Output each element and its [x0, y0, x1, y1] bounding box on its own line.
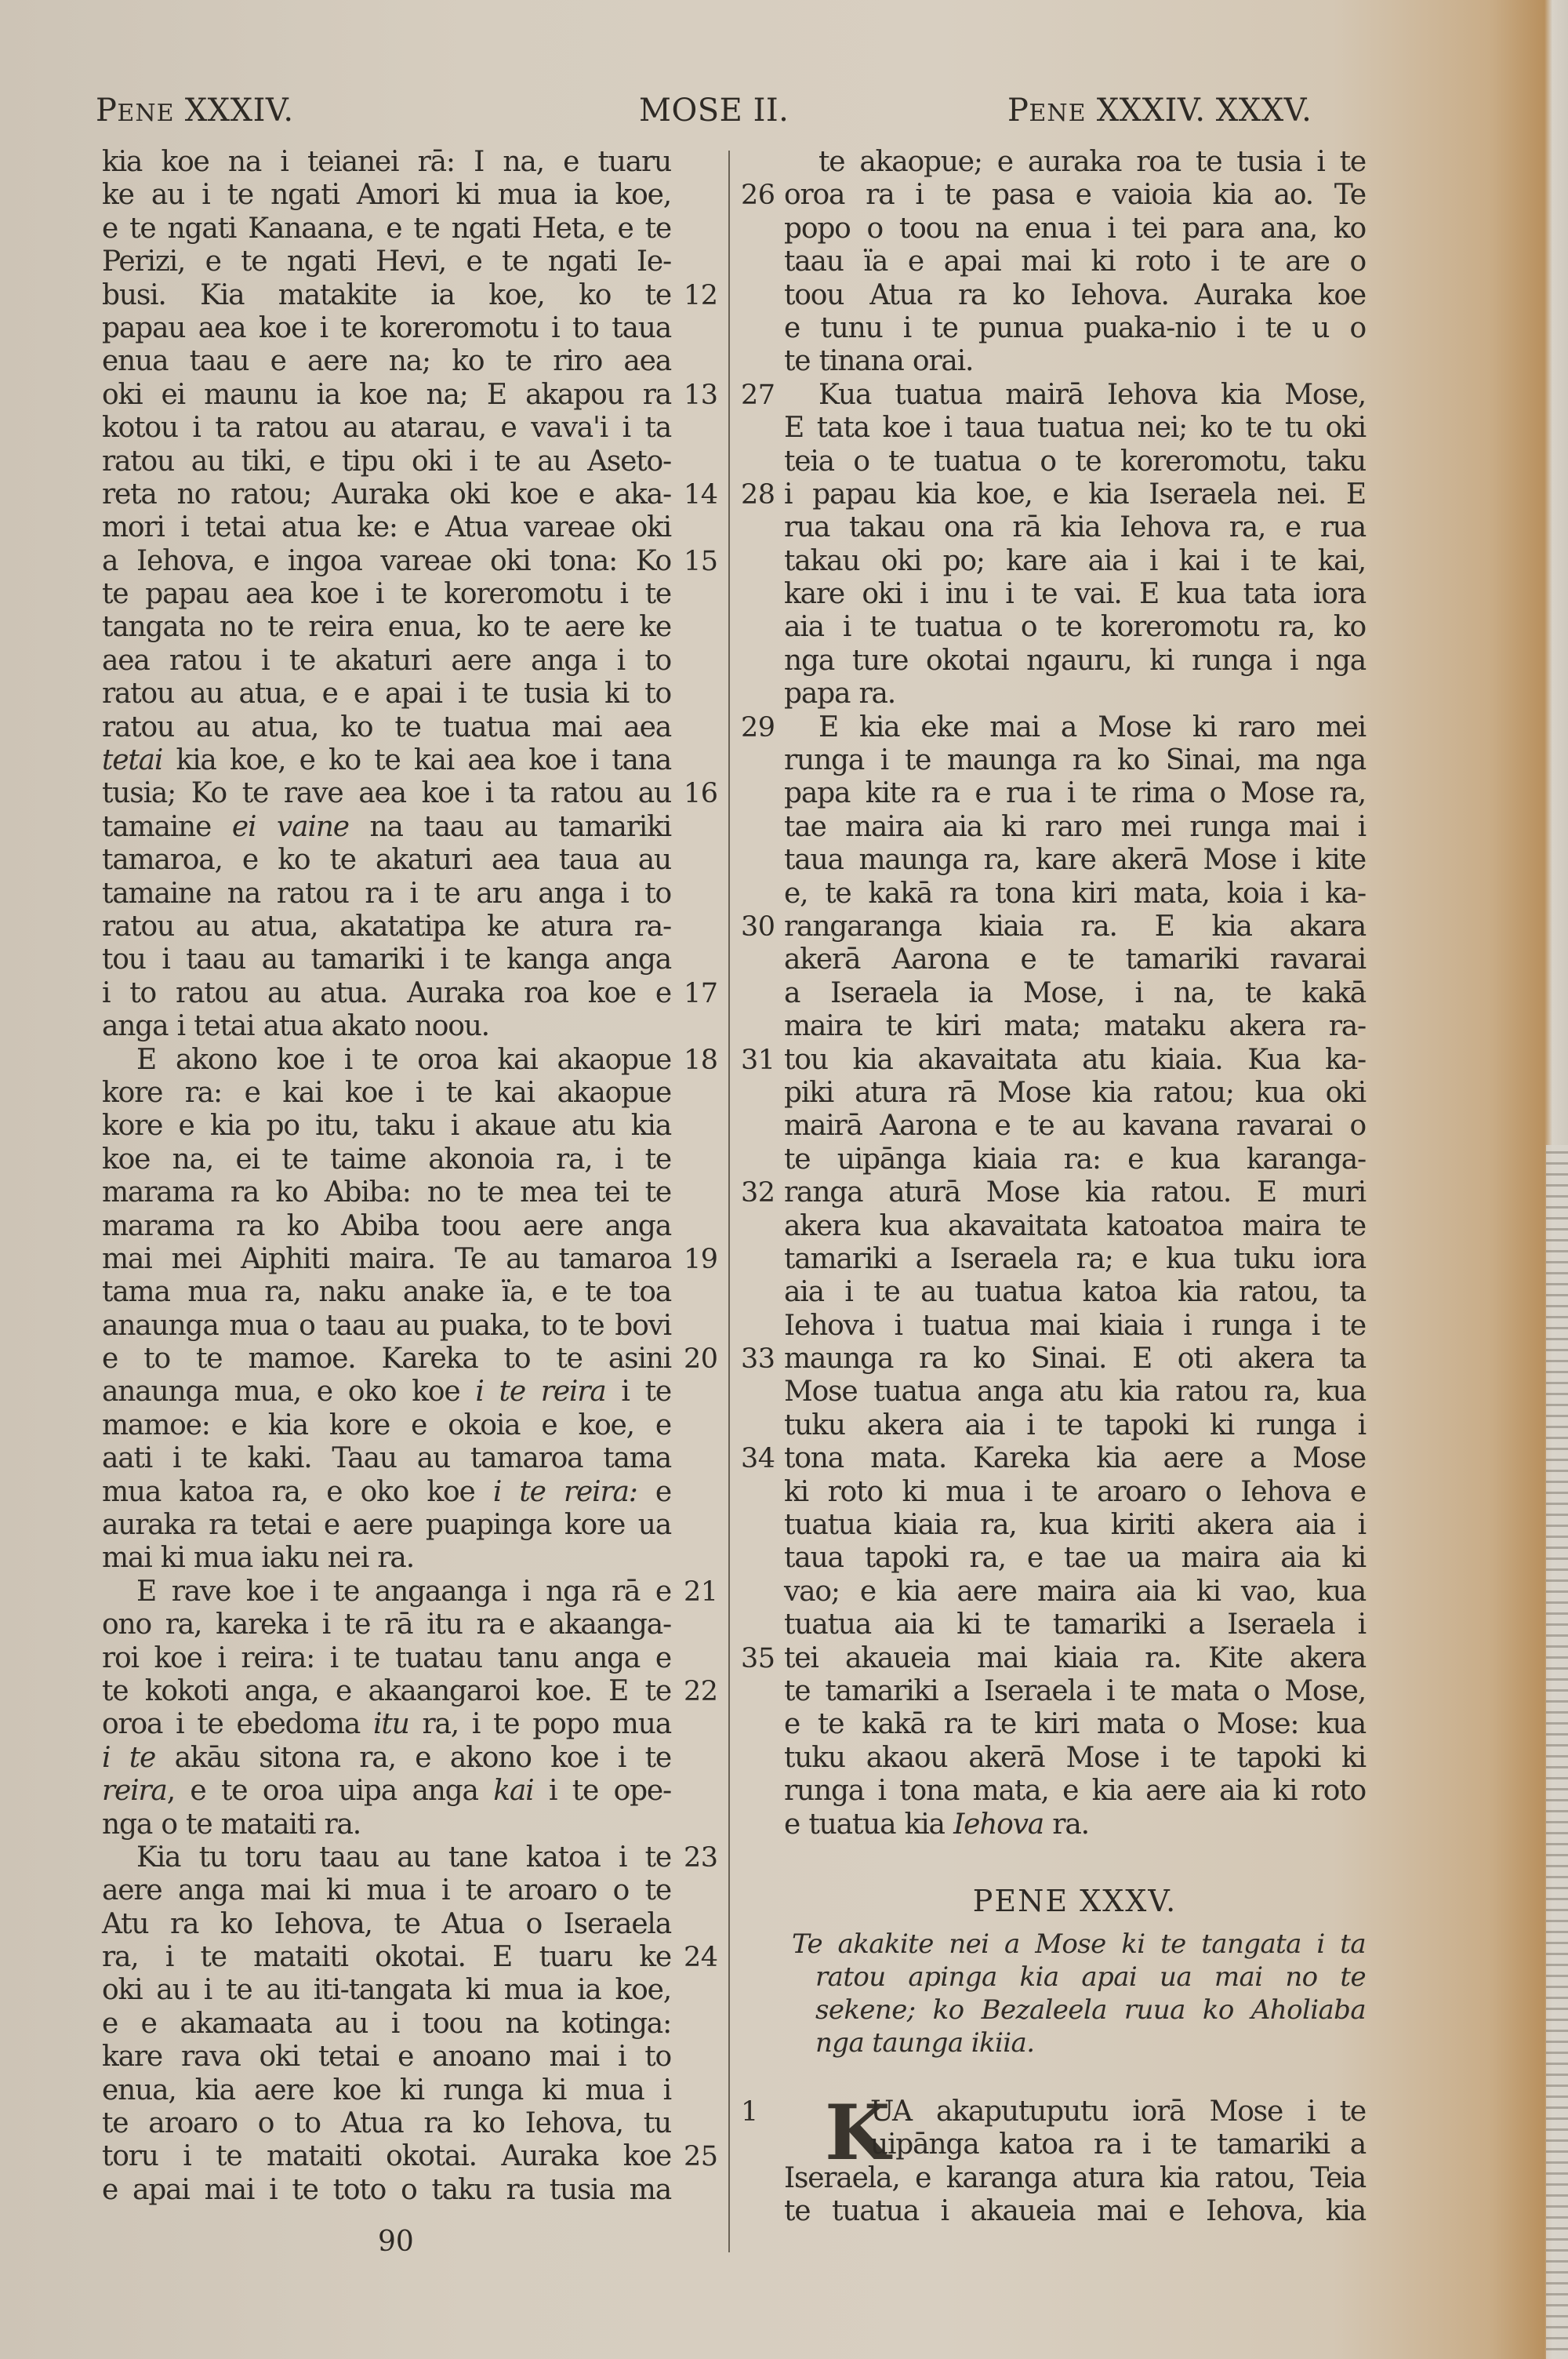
verse-line-text: aati i te kaki. Taau au tamaroa tama: [102, 1442, 671, 1475]
verse-line: tamaine ei vaine na taau au tamariki: [102, 811, 671, 844]
verse-line: oki ei maunu ia koe na; E akapou ra13: [102, 379, 671, 412]
verse-line: reta no ratou; Auraka oki koe e aka-14: [102, 478, 671, 511]
verse-line: ra, i te mataiti okotai. E tuaru ke24: [102, 1941, 671, 1974]
verse-line: popo o toou na enua i tei para ana, ko: [784, 213, 1366, 245]
running-head-right: PENE XXXIV. XXXV.: [1007, 93, 1312, 129]
verse-line: mai mei Aiphiti maira. Te au tamaroa19: [102, 1243, 671, 1276]
verse-line-text: kore ra: e kai koe i te kai akaopue: [102, 1077, 671, 1110]
verse-line: enua, kia aere koe ki runga ki mua i: [102, 2074, 671, 2107]
italic-emphasis: itu: [373, 1708, 409, 1740]
verse-line-text: mua katoa ra, e oko koe i te reira: e: [102, 1476, 671, 1509]
verse-line: toru i te mataiti okotai. Auraka koe25: [102, 2140, 671, 2173]
verse-line-text: reta no ratou; Auraka oki koe e aka-: [102, 478, 671, 511]
verse-line: tangata no te reira enua, ko te aere ke: [102, 611, 671, 644]
running-head-right-smallcaps: ENE: [1029, 100, 1086, 127]
italic-emphasis: ei vaine: [232, 811, 349, 843]
verse-line-text: akerā Aarona e te tamariki ravarai: [784, 943, 1366, 976]
verse-line-text: maunga ra ko Sinai. E oti akera ta: [784, 1343, 1366, 1376]
running-head-left-initial: P: [96, 93, 117, 129]
verse-line: tamariki a Iseraela ra; e kua tuku iora: [784, 1243, 1366, 1276]
verse-line-text: tuatua kiaia ra, kua kiriti akera aia i: [784, 1509, 1366, 1542]
verse-line: papa kite ra e rua i te rima o Mose ra,: [784, 777, 1366, 810]
verse-line-text: kotou i ta ratou au atarau, e vava'i i t…: [102, 412, 671, 445]
chapter-first-verse: 1 K UA akaputuputu iorā Mose i te uipāng…: [784, 2095, 1366, 2229]
verse-line-text: papa ra.: [784, 678, 1366, 711]
verse-line: tuku akaou akerā Mose i te tapoki ki: [784, 1742, 1366, 1775]
verse-line: te uipānga kiaia ra: e kua karanga-: [784, 1143, 1366, 1176]
verse-line-text: tou i taau au tamariki i te kanga anga: [102, 943, 671, 976]
verse-line-text: tona mata. Kareka kia aere a Mose: [784, 1442, 1366, 1475]
verse-line: rangaranga kiaia ra. E kia akara30: [784, 911, 1366, 943]
verse-line-text: mai ki mua iaku nei ra.: [102, 1542, 671, 1575]
verse-line-text: e e akamaata au i toou na kotinga:: [102, 2008, 671, 2041]
verse-line: a Iseraela ia Mose, i na, te kakā: [784, 977, 1366, 1010]
verse-line: oki au i te au iti-tangata ki mua ia koe…: [102, 1974, 671, 2007]
verse-line-text: takau oki po; kare aia i kai i te kai,: [784, 545, 1366, 578]
running-head-left: PENE XXXIV.: [96, 93, 294, 129]
verse-number: 1: [741, 2095, 758, 2128]
running-head-left-chapter: XXXIV.: [174, 93, 293, 129]
verse-line: e tuatua kia Iehova ra.: [784, 1808, 1366, 1841]
italic-emphasis: kai: [493, 1775, 533, 1807]
verse-line: anga i tetai atua akato noou.: [102, 1010, 671, 1043]
verse-line-text: ratou au atua, e e apai i te tusia ki to: [102, 678, 671, 711]
verse-line-text: ratou au atua, ko te tuatua mai aea: [102, 711, 671, 744]
verse-line-text: a Iseraela ia Mose, i na, te kakā: [784, 977, 1366, 1010]
verse-line: ranga aturā Mose kia ratou. E muri32: [784, 1176, 1366, 1209]
verse-line: a Iehova, e ingoa vareae oki tona: Ko15: [102, 545, 671, 578]
verse-line: E kia eke mai a Mose ki raro mei29: [784, 711, 1366, 744]
verse-line: tuatua aia ki te tamariki a Iseraela i: [784, 1608, 1366, 1641]
chapter-summary-line: ratou apinga kia apai ua mai no te: [815, 1961, 1366, 1994]
verse-line: tuku akera aia i te tapoki ki runga i: [784, 1409, 1366, 1442]
verse-line: roi koe i reira: i te tuatau tanu anga e: [102, 1642, 671, 1675]
verse-line: runga i tona mata, e kia aere aia ki rot…: [784, 1775, 1366, 1808]
verse-line: Iseraela, e karanga atura kia ratou, Tei…: [784, 2162, 1366, 2195]
verse-line: takau oki po; kare aia i kai i te kai,: [784, 545, 1366, 578]
running-head-right-chapters: XXXIV. XXXV.: [1086, 93, 1312, 129]
verse-line-text: i te akāu sitona ra, e akono koe i te: [102, 1742, 671, 1775]
page-number: 90: [378, 2226, 414, 2258]
verse-line: e e akamaata au i toou na kotinga:: [102, 2008, 671, 2041]
chapter-summary-line: Te akakite nei a Mose ki te tangata i ta: [792, 1928, 1366, 1961]
verse-number: 17: [684, 977, 718, 1010]
verse-line-text: Kia tu toru taau au tane katoa i te: [136, 1841, 671, 1874]
running-head-left-smallcaps: ENE: [117, 100, 174, 127]
verse-line-text: UA akaputuputu iorā Mose i te: [870, 2095, 1366, 2128]
verse-line: Mose tuatua anga atu kia ratou ra, kua: [784, 1376, 1366, 1408]
verse-line: uipānga katoa ra i te tamariki a: [784, 2128, 1366, 2161]
verse-line-text: ra, i te mataiti okotai. E tuaru ke: [102, 1941, 671, 1974]
verse-line: te aroaro o to Atua ra ko Iehova, tu: [102, 2107, 671, 2140]
verse-line: taua maunga ra, kare akerā Mose i kite: [784, 844, 1366, 877]
chapter-summary-line: nga taunga ikiia.: [815, 2026, 1366, 2059]
verse-line-text: ratou au atua, akatatipa ke atura ra-: [102, 911, 671, 943]
verse-line: mairā Aarona e te au kavana ravarai o: [784, 1110, 1366, 1143]
verse-line-text: te tinana orai.: [784, 345, 1366, 378]
verse-line-text: oki ei maunu ia koe na; E akapou ra: [102, 379, 671, 412]
verse-line-text: maira te kiri mata; mataku akera ra-: [784, 1010, 1366, 1043]
adjacent-page-edge: [1546, 1145, 1568, 2359]
verse-line: E rave koe i te angaanga i nga rā e21: [102, 1576, 671, 1608]
running-head: PENE XXXIV. MOSE II. PENE XXXIV. XXXV.: [0, 93, 1568, 140]
verse-line-text: tamaine ei vaine na taau au tamariki: [102, 811, 671, 844]
verse-line: tamaroa, e ko te akaturi aea taua au: [102, 844, 671, 877]
verse-line-text: runga i te maunga ra ko Sinai, ma nga: [784, 744, 1366, 777]
verse-number: 18: [684, 1044, 718, 1077]
verse-line: maunga ra ko Sinai. E oti akera ta33: [784, 1343, 1366, 1376]
verse-line: oroa ra i te pasa e vaioia kia ao. Te26: [784, 179, 1366, 212]
verse-line-text: rangaranga kiaia ra. E kia akara: [784, 911, 1366, 943]
verse-line: kore e kia po itu, taku i akaue atu kia: [102, 1110, 671, 1143]
verse-line-text: oroa ra i te pasa e vaioia kia ao. Te: [784, 179, 1366, 212]
verse-line: mua katoa ra, e oko koe i te reira: e: [102, 1476, 671, 1509]
verse-line-text: akera kua akavaitata katoatoa maira te: [784, 1210, 1366, 1243]
verse-line-text: mori i tetai atua ke: e Atua vareae oki: [102, 511, 671, 544]
verse-line-text: taau ïa e apai mai ki roto i te are o: [784, 245, 1366, 278]
verse-line-text: auraka ra tetai e aere puapinga kore ua: [102, 1509, 671, 1542]
verse-number: 13: [684, 379, 718, 412]
verse-line: nga ture okotai ngauru, ki runga i nga: [784, 645, 1366, 678]
verse-line: e te kakā ra te kiri mata o Mose: kua: [784, 1708, 1366, 1741]
verse-line: mamoe: e kia kore e okoia e koe, e: [102, 1409, 671, 1442]
verse-line-text: Kua tuatua mairā Iehova kia Mose,: [818, 379, 1366, 412]
verse-line-text: te uipānga kiaia ra: e kua karanga-: [784, 1143, 1366, 1176]
verse-line-text: reira, e te oroa uipa anga kai i te ope-: [102, 1775, 671, 1808]
verse-line-text: enua, kia aere koe ki runga ki mua i: [102, 2074, 671, 2107]
verse-line: maira te kiri mata; mataku akera ra-: [784, 1010, 1366, 1043]
verse-line-text: te papau aea koe i te koreromotu i te: [102, 578, 671, 611]
verse-line: runga i te maunga ra ko Sinai, ma nga: [784, 744, 1366, 777]
verse-line: te papau aea koe i te koreromotu i te: [102, 578, 671, 611]
verse-line: te tinana orai.: [784, 345, 1366, 378]
verse-line: tama mua ra, naku anake ïa, e te toa: [102, 1276, 671, 1309]
verse-line-text: ratou au tiki, e tipu oki i te au Aseto-: [102, 445, 671, 478]
verse-line: Atu ra ko Iehova, te Atua o Iseraela: [102, 1908, 671, 1941]
verse-line-text: Perizi, e te ngati Hevi, e te ngati Ie-: [102, 245, 671, 278]
italic-emphasis: i te reira:: [493, 1476, 637, 1508]
verse-line-text: marama ra ko Abiba toou aere anga: [102, 1210, 671, 1243]
verse-line: i te akāu sitona ra, e akono koe i te: [102, 1742, 671, 1775]
verse-line-text: tuku akera aia i te tapoki ki runga i: [784, 1409, 1366, 1442]
verse-line-text: kia koe na i teianei rā: I na, e tuaru: [102, 146, 671, 179]
verse-line-text: te akaopue; e auraka roa te tusia i te: [818, 146, 1366, 179]
verse-line: piki atura rā Mose kia ratou; kua oki: [784, 1077, 1366, 1110]
verse-line-text: ke au i te ngati Amori ki mua ia koe,: [102, 179, 671, 212]
verse-line: akera kua akavaitata katoatoa maira te: [784, 1210, 1366, 1243]
verse-number: 21: [684, 1576, 718, 1608]
verse-line: kore ra: e kai koe i te kai akaopue: [102, 1077, 671, 1110]
verse-line: kotou i ta ratou au atarau, e vava'i i t…: [102, 412, 671, 445]
verse-line: e, te kakā ra tona kiri mata, koia i ka-: [784, 878, 1366, 911]
verse-line-text: E rave koe i te angaanga i nga rā e: [136, 1576, 671, 1608]
verse-line: ratou au atua, e e apai i te tusia ki to: [102, 678, 671, 711]
verse-line: Iehova i tuatua mai kiaia i runga i te: [784, 1310, 1366, 1343]
verse-number: 35: [741, 1642, 775, 1675]
verse-line-text: busi. Kia matakite ia koe, ko te: [102, 279, 671, 312]
verse-line-text: ranga aturā Mose kia ratou. E muri: [784, 1176, 1366, 1209]
verse-number: 24: [684, 1941, 718, 1974]
italic-emphasis: i te: [102, 1742, 155, 1774]
verse-line: tetai kia koe, e ko te kai aea koe i tan…: [102, 744, 671, 777]
verse-line-text: aia i te tuatua o te koreromotu ra, ko: [784, 611, 1366, 644]
verse-line-text: mairā Aarona e te au kavana ravarai o: [784, 1110, 1366, 1143]
verse-number: 19: [684, 1243, 718, 1276]
verse-line: oroa i te ebedoma itu ra, i te popo mua: [102, 1708, 671, 1741]
verse-line-text: e te ngati Kanaana, e te ngati Heta, e t…: [102, 213, 671, 245]
verse-number: 12: [684, 279, 718, 312]
verse-number: 31: [741, 1044, 775, 1077]
verse-line-text: runga i tona mata, e kia aere aia ki rot…: [784, 1775, 1366, 1808]
verse-line: e to te mamoe. Kareka to te asini20: [102, 1343, 671, 1376]
verse-number: 25: [684, 2140, 718, 2173]
verse-line-text: i to ratou au atua. Auraka roa koe e: [102, 977, 671, 1010]
verse-line-text: papa kite ra e rua i te rima o Mose ra,: [784, 777, 1366, 810]
verse-number: 34: [741, 1442, 775, 1475]
verse-line: tou kia akavaitata atu kiaia. Kua ka-31: [784, 1044, 1366, 1077]
verse-line-text: mamoe: e kia kore e okoia e koe, e: [102, 1409, 671, 1442]
verse-line-text: uipānga katoa ra i te tamariki a: [870, 2128, 1366, 2161]
verse-line-text: tae maira aia ki raro mei runga mai i: [784, 811, 1366, 844]
verse-line: Kia tu toru taau au tane katoa i te23: [102, 1841, 671, 1874]
verse-line-text: Atu ra ko Iehova, te Atua o Iseraela: [102, 1908, 671, 1941]
verse-line: taua tapoki ra, e tae ua maira aia ki: [784, 1542, 1366, 1575]
verse-line-text: rua takau ona rā kia Iehova ra, e rua: [784, 511, 1366, 544]
italic-emphasis: tetai: [102, 744, 162, 776]
right-text-column: te akaopue; e auraka roa te tusia i teor…: [784, 146, 1366, 1841]
verse-line-text: tamariki a Iseraela ra; e kua tuku iora: [784, 1243, 1366, 1276]
verse-line-text: tusia; Ko te rave aea koe i ta ratou au: [102, 777, 671, 810]
verse-line-text: anaunga mua, e oko koe i te reira i te: [102, 1376, 671, 1408]
chapter-heading: PENE XXXV.: [784, 1884, 1366, 1918]
running-head-right-initial: P: [1007, 93, 1029, 129]
verse-line-text: roi koe i reira: i te tuatau tanu anga e: [102, 1642, 671, 1675]
verse-line-text: E akono koe i te oroa kai akaopue: [136, 1044, 671, 1077]
verse-line: i to ratou au atua. Auraka roa koe e17: [102, 977, 671, 1010]
verse-line: kare rava oki tetai e anoano mai i to: [102, 2041, 671, 2074]
verse-line: rua takau ona rā kia Iehova ra, e rua: [784, 511, 1366, 544]
verse-line: kia koe na i teianei rā: I na, e tuaru: [102, 146, 671, 179]
verse-line-text: i papau kia koe, e kia Iseraela nei. E: [784, 478, 1366, 511]
verse-line-text: E tata koe i taua tuatua nei; ko te tu o…: [784, 412, 1366, 445]
verse-line-text: vao; e kia aere maira aia ki vao, kua: [784, 1576, 1366, 1608]
verse-line-text: tamaine na ratou ra i te aru anga i to: [102, 878, 671, 911]
verse-number: 27: [741, 379, 775, 412]
verse-line: aati i te kaki. Taau au tamaroa tama: [102, 1442, 671, 1475]
verse-line: ke au i te ngati Amori ki mua ia koe,: [102, 179, 671, 212]
verse-line: aia i te tuatua o te koreromotu ra, ko: [784, 611, 1366, 644]
verse-line-text: e te kakā ra te kiri mata o Mose: kua: [784, 1708, 1366, 1741]
verse-line-text: popo o toou na enua i tei para ana, ko: [784, 213, 1366, 245]
verse-line-text: tangata no te reira enua, ko te aere ke: [102, 611, 671, 644]
verse-number: 15: [684, 545, 718, 578]
verse-line: aere anga mai ki mua i te aroaro o te: [102, 1874, 671, 1907]
verse-line: ratou au atua, akatatipa ke atura ra-: [102, 911, 671, 943]
verse-line: anaunga mua o taau au puaka, to te bovi: [102, 1310, 671, 1343]
verse-line-text: anaunga mua o taau au puaka, to te bovi: [102, 1310, 671, 1343]
verse-line-text: aere anga mai ki mua i te aroaro o te: [102, 1874, 671, 1907]
verse-line: ki roto ki mua i te aroaro o Iehova e: [784, 1476, 1366, 1509]
verse-line: te akaopue; e auraka roa te tusia i te: [784, 146, 1366, 179]
verse-number: 30: [741, 911, 775, 943]
verse-line: e te ngati Kanaana, e te ngati Heta, e t…: [102, 213, 671, 245]
left-text-column: kia koe na i teianei rā: I na, e tuaruke…: [102, 146, 671, 2207]
verse-line: aia i te au tuatua katoa kia ratou, ta: [784, 1276, 1366, 1309]
verse-line: ratou au atua, ko te tuatua mai aea: [102, 711, 671, 744]
verse-number: 33: [741, 1343, 775, 1376]
verse-number: 23: [684, 1841, 718, 1874]
verse-line-text: e tuatua kia Iehova ra.: [784, 1808, 1366, 1841]
verse-line: ono ra, kareka i te rā itu ra e akaanga-: [102, 1608, 671, 1641]
verse-line-text: ono ra, kareka i te rā itu ra e akaanga-: [102, 1608, 671, 1641]
verse-line: te tamariki a Iseraela i te mata o Mose,: [784, 1675, 1366, 1708]
verse-line: UA akaputuputu iorā Mose i te: [784, 2095, 1366, 2128]
verse-line: anaunga mua, e oko koe i te reira i te: [102, 1376, 671, 1408]
verse-line-text: enua taau e aere na; ko te riro aea: [102, 345, 671, 378]
verse-line: busi. Kia matakite ia koe, ko te12: [102, 279, 671, 312]
verse-line: Kua tuatua mairā Iehova kia Mose,27: [784, 379, 1366, 412]
verse-number: 16: [684, 777, 718, 810]
verse-line: marama ra ko Abiba toou aere anga: [102, 1210, 671, 1243]
verse-line-text: anga i tetai atua akato noou.: [102, 1010, 671, 1043]
verse-line-text: te tuatua i akaueia mai e Iehova, kia: [784, 2195, 1366, 2228]
verse-line-text: taua maunga ra, kare akerā Mose i kite: [784, 844, 1366, 877]
verse-line-text: ki roto ki mua i te aroaro o Iehova e: [784, 1476, 1366, 1509]
verse-line-text: papau aea koe i te koreromotu i to taua: [102, 312, 671, 345]
verse-line: auraka ra tetai e aere puapinga kore ua: [102, 1509, 671, 1542]
verse-line-text: te kokoti anga, e akaangaroi koe. E te: [102, 1675, 671, 1708]
verse-number: 14: [684, 478, 718, 511]
verse-line-text: tuatua aia ki te tamariki a Iseraela i: [784, 1608, 1366, 1641]
verse-number: 32: [741, 1176, 775, 1209]
verse-line: reira, e te oroa uipa anga kai i te ope-: [102, 1775, 671, 1808]
verse-line: Perizi, e te ngati Hevi, e te ngati Ie-: [102, 245, 671, 278]
chapter-summary: Te akakite nei a Mose ki te tangata i ta…: [815, 1928, 1366, 2059]
verse-line-text: E kia eke mai a Mose ki raro mei: [818, 711, 1366, 744]
verse-line: E akono koe i te oroa kai akaopue18: [102, 1044, 671, 1077]
verse-line: koe na, ei te taime akonoia ra, i te: [102, 1143, 671, 1176]
verse-line: kare oki i inu i te vai. E kua tata iora: [784, 578, 1366, 611]
verse-line-text: toru i te mataiti okotai. Auraka koe: [102, 2140, 671, 2173]
verse-line: papau aea koe i te koreromotu i to taua: [102, 312, 671, 345]
verse-line: te kokoti anga, e akaangaroi koe. E te22: [102, 1675, 671, 1708]
verse-number: 20: [684, 1343, 718, 1376]
verse-line: akerā Aarona e te tamariki ravarai: [784, 943, 1366, 976]
verse-line-text: teia o te tuatua o te koreromotu, taku: [784, 445, 1366, 478]
verse-line: tuatua kiaia ra, kua kiriti akera aia i: [784, 1509, 1366, 1542]
verse-line-text: tei akaueia mai kiaia ra. Kite akera: [784, 1642, 1366, 1675]
verse-line-text: nga ture okotai ngauru, ki runga i nga: [784, 645, 1366, 678]
verse-line-text: kare oki i inu i te vai. E kua tata iora: [784, 578, 1366, 611]
verse-line-text: marama ra ko Abiba: no te mea tei te: [102, 1176, 671, 1209]
verse-line-text: tamaroa, e ko te akaturi aea taua au: [102, 844, 671, 877]
verse-line: ratou au tiki, e tipu oki i te au Aseto-: [102, 445, 671, 478]
verse-line-text: a Iehova, e ingoa vareae oki tona: Ko: [102, 545, 671, 578]
verse-line-text: toou Atua ra ko Iehova. Auraka koe: [784, 279, 1366, 312]
verse-number: 29: [741, 711, 775, 744]
verse-number: 26: [741, 179, 775, 212]
verse-line-text: piki atura rā Mose kia ratou; kua oki: [784, 1077, 1366, 1110]
verse-line-text: koe na, ei te taime akonoia ra, i te: [102, 1143, 671, 1176]
verse-line-text: oki au i te au iti-tangata ki mua ia koe…: [102, 1974, 671, 2007]
verse-number: 22: [684, 1675, 718, 1708]
verse-line-text: mai mei Aiphiti maira. Te au tamaroa: [102, 1243, 671, 1276]
verse-line-text: kare rava oki tetai e anoano mai i to: [102, 2041, 671, 2074]
verse-line: E tata koe i taua tuatua nei; ko te tu o…: [784, 412, 1366, 445]
verse-line: tona mata. Kareka kia aere a Mose34: [784, 1442, 1366, 1475]
verse-line-text: te tamariki a Iseraela i te mata o Mose,: [784, 1675, 1366, 1708]
verse-line-text: tou kia akavaitata atu kiaia. Kua ka-: [784, 1044, 1366, 1077]
verse-line: teia o te tuatua o te koreromotu, taku: [784, 445, 1366, 478]
verse-line: e tunu i te punua puaka-nio i te u o: [784, 312, 1366, 345]
verse-line: taau ïa e apai mai ki roto i te are o: [784, 245, 1366, 278]
verse-line-text: nga o te mataiti ra.: [102, 1808, 671, 1841]
verse-line: tei akaueia mai kiaia ra. Kite akera35: [784, 1642, 1366, 1675]
chapter-summary-line: sekene; ko Bezaleela ruua ko Aholiaba: [815, 1994, 1366, 2026]
italic-emphasis: reira: [102, 1775, 167, 1807]
verse-line-text: taua tapoki ra, e tae ua maira aia ki: [784, 1542, 1366, 1575]
running-head-book-title: MOSE II.: [639, 93, 789, 129]
verse-line-text: Iehova i tuatua mai kiaia i runga i te: [784, 1310, 1366, 1343]
verse-line-text: kore e kia po itu, taku i akaue atu kia: [102, 1110, 671, 1143]
verse-line: tou i taau au tamariki i te kanga anga: [102, 943, 671, 976]
verse-line-text: e tunu i te punua puaka-nio i te u o: [784, 312, 1366, 345]
verse-line-text: tama mua ra, naku anake ïa, e te toa: [102, 1276, 671, 1309]
verse-line-text: aea ratou i te akaturi aere anga i to: [102, 645, 671, 678]
verse-line-text: e, te kakā ra tona kiri mata, koia i ka-: [784, 878, 1366, 911]
verse-line-text: e apai mai i te toto o taku ra tusia ma: [102, 2174, 671, 2207]
verse-line-text: e to te mamoe. Kareka to te asini: [102, 1343, 671, 1376]
verse-line-text: Iseraela, e karanga atura kia ratou, Tei…: [784, 2162, 1366, 2195]
italic-emphasis: Iehova: [953, 1808, 1044, 1841]
verse-line: vao; e kia aere maira aia ki vao, kua: [784, 1576, 1366, 1608]
verse-line-text: oroa i te ebedoma itu ra, i te popo mua: [102, 1708, 671, 1741]
verse-line: i papau kia koe, e kia Iseraela nei. E28: [784, 478, 1366, 511]
verse-line: tae maira aia ki raro mei runga mai i: [784, 811, 1366, 844]
verse-line: papa ra.: [784, 678, 1366, 711]
verse-line-text: aia i te au tuatua katoa kia ratou, ta: [784, 1276, 1366, 1309]
verse-number: 28: [741, 478, 775, 511]
verse-line: marama ra ko Abiba: no te mea tei te: [102, 1176, 671, 1209]
verse-line: tamaine na ratou ra i te aru anga i to: [102, 878, 671, 911]
verse-line: e apai mai i te toto o taku ra tusia ma: [102, 2174, 671, 2207]
verse-line: toou Atua ra ko Iehova. Auraka koe: [784, 279, 1366, 312]
verse-line-text: Mose tuatua anga atu kia ratou ra, kua: [784, 1376, 1366, 1408]
verse-line: mai ki mua iaku nei ra.: [102, 1542, 671, 1575]
verse-line: aea ratou i te akaturi aere anga i to: [102, 645, 671, 678]
verse-line: te tuatua i akaueia mai e Iehova, kia: [784, 2195, 1366, 2228]
verse-line-text: tuku akaou akerā Mose i te tapoki ki: [784, 1742, 1366, 1775]
italic-emphasis: i te reira: [475, 1376, 605, 1408]
verse-line: enua taau e aere na; ko te riro aea: [102, 345, 671, 378]
verse-line: tusia; Ko te rave aea koe i ta ratou au1…: [102, 777, 671, 810]
verse-line-text: te aroaro o to Atua ra ko Iehova, tu: [102, 2107, 671, 2140]
verse-line-text: tetai kia koe, e ko te kai aea koe i tan…: [102, 744, 671, 777]
verse-line: nga o te mataiti ra.: [102, 1808, 671, 1841]
column-divider-rule: [728, 151, 730, 2252]
verse-line: mori i tetai atua ke: e Atua vareae oki: [102, 511, 671, 544]
